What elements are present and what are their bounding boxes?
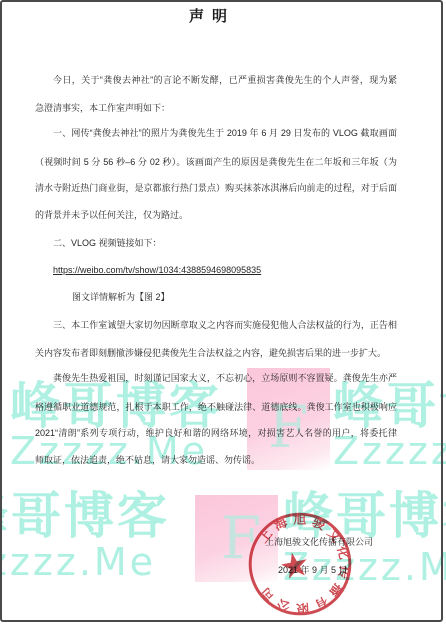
closing-line: 龚俊先生热爱祖国，时刻谨记国家大义，不忘初心，立场原则不容置疑。龚俊先生亦严: [53, 372, 397, 384]
section-3-line: 三、本工作室诚望大家切勿因断章取义之内容而实施侵犯他人合法权益的行为，正告相: [53, 319, 397, 331]
closing-line: 2021“清朗”系列专项行动，维护良好和谐的网络环境，对损害艺人名誉的用户，将委…: [35, 427, 397, 439]
section-3-line: 关内容发布者即刻删撤涉嫌侵犯龚俊先生合法权益之内容，避免损害后果的进一步扩大。: [35, 347, 386, 359]
intro-line: 今日，关于“龚俊去神社”的言论不断发酵，已严重损害龚俊先生的个人声誉，现为紧: [53, 74, 397, 86]
seal-star-icon: [279, 550, 310, 580]
watermark-brand-text: 峰哥博客: [0, 491, 170, 541]
section-1-line: 一、网传“龚俊去神社”的照片为龚俊先生于 2019 年 6 月 29 日发布的 …: [53, 127, 397, 139]
page-title: 声明: [189, 8, 235, 26]
section-1-line: 的背景并未予以任何关注，仅为路过。: [35, 209, 188, 221]
closing-line: 师取证，依法追责，绝不姑息，请大家勿造谣、勿传谣。: [35, 454, 260, 466]
figure-note: 图文详情解析为【图 2】: [72, 291, 170, 303]
vlog-link[interactable]: https://weibo.com/tv/show/1034:438859469…: [53, 264, 261, 276]
section-2-heading: 二、VLOG 视频链接如下：: [53, 237, 162, 249]
closing-line: 格遵循职业道德规范，扎根于本职工作，绝不触碰法律、道德底线。龚俊工作室也积极响应: [35, 401, 397, 413]
section-1-line: （视频时间 5 分 56 秒–6 分 02 秒）。该画面产生的原因是龚俊先生在二…: [35, 156, 397, 168]
section-1-line: 清水寺附近热门商业街，是京都旅行热门景点）购买抹茶冰淇淋后向前走的过程，对于后面: [35, 182, 397, 194]
watermark-domain-text: Zzzzz.Me: [0, 543, 156, 581]
svg-text:上海旭骏文化传播有限公司: 上海旭骏文化传播有限公司: [255, 512, 352, 617]
company-seal-icon: 上海旭骏文化传播有限公司: [247, 511, 353, 617]
intro-line: 急澄清事实，本工作室声明如下：: [35, 102, 170, 114]
seal-ring-text: 上海旭骏文化传播有限公司: [255, 512, 352, 617]
